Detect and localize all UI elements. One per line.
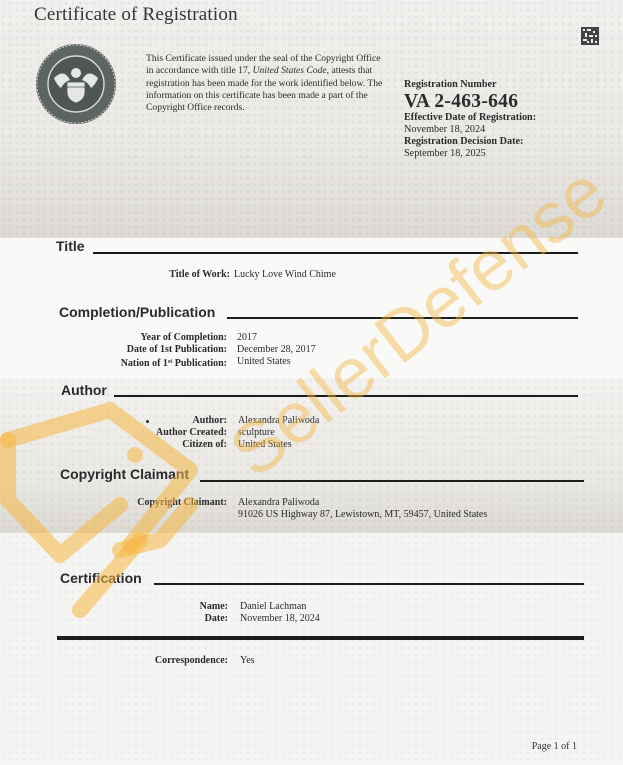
section-heading-completion: Completion/Publication — [59, 304, 215, 320]
title-of-work: Lucky Love Wind Chime — [234, 269, 336, 281]
certification-labels: Name: Date: — [150, 601, 228, 625]
author-name: Alexandra Paliwoda — [238, 415, 319, 427]
page-number: Page 1 of 1 — [532, 741, 577, 752]
claimant-name: Alexandra Paliwoda — [238, 497, 487, 509]
certification-date: November 18, 2024 — [240, 613, 320, 625]
completion-labels: Year of Completion: Date of 1st Publicat… — [80, 332, 227, 371]
document-title: Certificate of Registration — [34, 4, 238, 26]
correspondence-value: Yes — [240, 655, 255, 667]
certificate-intro-text: This Certificate issued under the seal o… — [146, 53, 386, 114]
registration-block: Registration Number VA 2-463-646 Effecti… — [404, 79, 536, 160]
decision-date-label: Registration Decision Date: — [404, 136, 536, 148]
registration-number-label: Registration Number — [404, 79, 536, 91]
claimant-address: 91026 US Highway 87, Lewistown, MT, 5945… — [238, 509, 487, 521]
author-labels: Author: Author Created: Citizen of: — [100, 415, 227, 452]
scan-band-bottom — [0, 533, 623, 765]
certifier-name: Daniel Lachman — [240, 601, 320, 613]
section-heading-certification: Certification — [60, 570, 142, 586]
section-heading-author: Author — [61, 382, 107, 398]
section-rule — [114, 395, 578, 397]
year-of-completion: 2017 — [237, 332, 316, 344]
registration-number: VA 2-463-646 — [404, 92, 536, 112]
section-heading-claimant: Copyright Claimant — [60, 466, 189, 482]
section-divider-thick — [57, 636, 584, 640]
section-heading-title: Title — [56, 238, 85, 254]
section-rule — [154, 583, 584, 585]
section-rule — [227, 317, 578, 319]
claimant-values: Alexandra Paliwoda 91026 US Highway 87, … — [238, 497, 487, 521]
datamatrix-code-icon — [581, 27, 599, 45]
effective-date: November 18, 2024 — [404, 124, 536, 136]
author-created: sculpture — [238, 427, 319, 439]
effective-date-label: Effective Date of Registration: — [404, 112, 536, 124]
field-label: Title of Work: — [120, 269, 230, 281]
author-citizenship: United States — [238, 439, 319, 451]
us-copyright-office-seal-icon — [34, 40, 118, 136]
field-label: Correspondence: — [120, 655, 228, 667]
author-values: Alexandra Paliwoda sculpture United Stat… — [238, 415, 319, 452]
section-rule — [93, 252, 578, 254]
certification-values: Daniel Lachman November 18, 2024 — [240, 601, 320, 625]
section-rule — [200, 480, 584, 482]
completion-values: 2017 December 28, 2017 United States — [237, 332, 316, 369]
nation-of-first-publication: United States — [237, 356, 316, 368]
field-label: Copyright Claimant: — [100, 497, 227, 509]
certificate-page: Certificate of Registration This Certifi… — [0, 0, 623, 765]
date-of-first-publication: December 28, 2017 — [237, 344, 316, 356]
decision-date: September 18, 2025 — [404, 148, 536, 160]
